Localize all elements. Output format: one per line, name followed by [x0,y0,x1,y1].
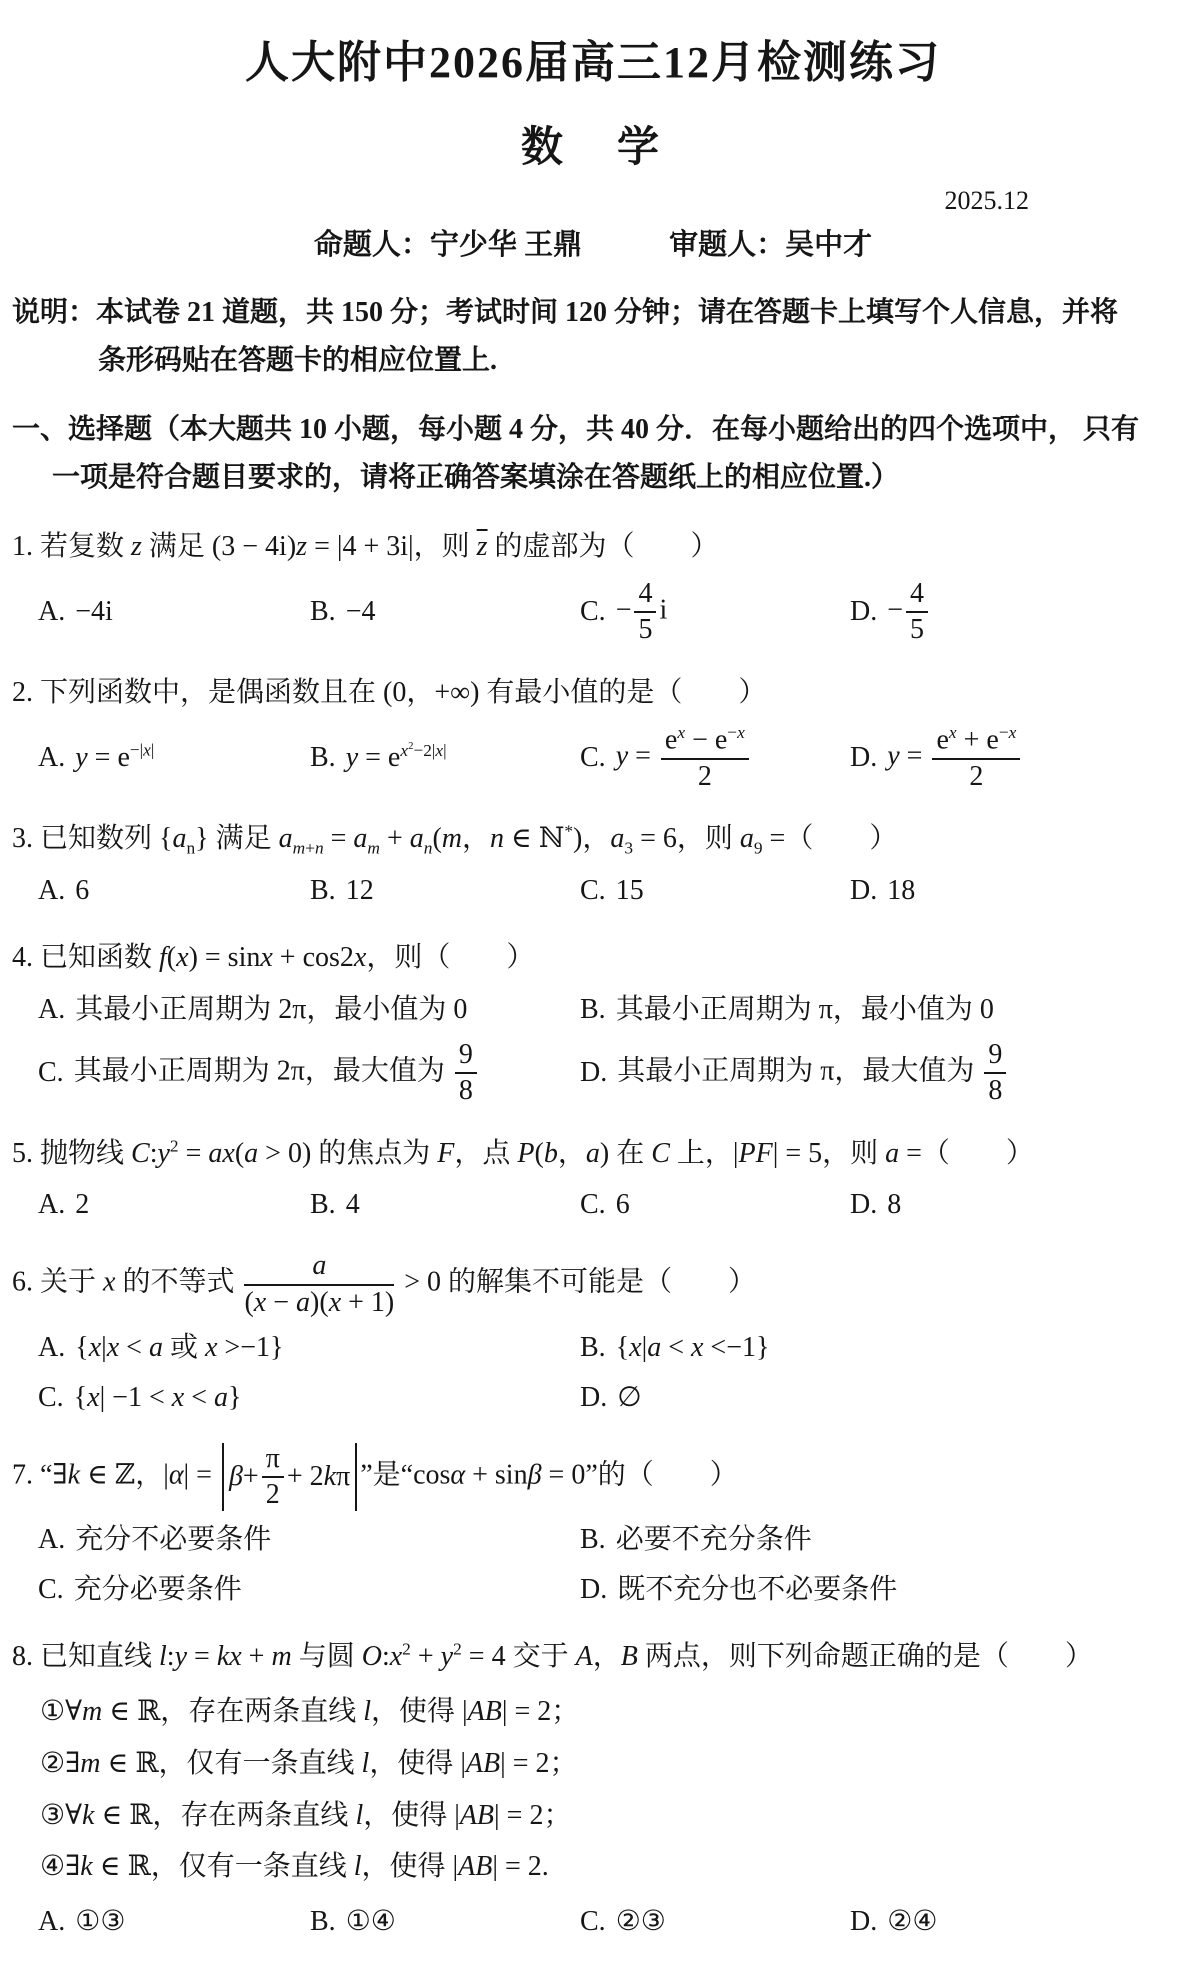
question-6-option-b: B. {x|a < x <−1} [580,1327,1174,1369]
question-5-option-b: B. 4 [310,1184,580,1226]
question-1-option-c: C. −45i [580,578,850,646]
question-1-stem: 1. 若复数 z 满足 (3 − 4i)z = |4 + 3i|，则 z 的虚部… [12,525,1174,570]
question-8-option-b: B. ①④ [310,1901,580,1943]
question-2: 2. 下列函数中，是偶函数且在 (0，+∞) 有最小值的是（ ） A. y = … [12,671,1174,794]
option-label: C. [580,591,606,633]
option-label: A. [38,870,65,912]
option-value: 8 [887,1184,901,1226]
option-value: −45i [616,578,668,646]
option-label: D. [850,870,877,912]
question-4: 4. 已知函数 f(x) = sinx + cos2x，则（ ） A. 其最小正… [12,936,1174,1107]
question-7: 7. “∃k ∈ ℤ，|α| = β + π2 + 2kπ”是“cosα + s… [12,1443,1174,1611]
option-value: ②④ [887,1901,937,1943]
option-label: C. [38,1569,64,1611]
option-label: D. [850,737,877,779]
option-value: 4 [346,1184,360,1226]
question-8-propositions: ①∀m ∈ ℝ，存在两条直线 l，使得 |AB| = 2； ②∃m ∈ ℝ，仅有… [40,1686,1174,1893]
exam-title: 人大附中2026届高三12月检测练习 [12,26,1174,90]
question-2-option-a: A. y = e−|x| [38,737,310,779]
question-1-option-b: B. −4 [310,591,580,633]
option-value: 6 [75,870,89,912]
exam-subject: 数 学 [12,114,1174,174]
option-value: ①④ [346,1901,396,1943]
question-4-option-d: D. 其最小正周期为 π，最大值为 98 [580,1039,1174,1107]
question-4-option-b: B. 其最小正周期为 π，最小值为 0 [580,989,1174,1031]
option-label: A. [38,1327,65,1369]
question-7-stem: 7. “∃k ∈ ℤ，|α| = β + π2 + 2kπ”是“cosα + s… [12,1443,1174,1511]
option-value: 既不充分也不必要条件 [617,1569,897,1611]
question-6-option-a: A. {x|x < a 或 x >−1} [38,1327,580,1369]
option-label: C. [38,1377,64,1419]
question-2-option-b: B. y = ex2−2|x| [310,737,580,779]
option-value: {x| −1 < x < a} [74,1377,242,1419]
option-label: C. [580,1184,606,1226]
option-value: y = ex − e−x2 [616,723,752,793]
option-value: {x|a < x <−1} [616,1327,770,1369]
option-value: 其最小正周期为 2π，最小值为 0 [75,989,467,1031]
option-label: A. [38,737,65,779]
question-5-option-c: C. 6 [580,1184,850,1226]
option-label: B. [310,737,336,779]
option-label: A. [38,1519,65,1561]
question-3-option-d: D. 18 [850,870,1174,912]
question-3: 3. 已知数列 {an} 满足 am+n = am + an(m，n ∈ ℕ*)… [12,817,1174,912]
option-value: −4i [75,591,113,633]
question-2-options: A. y = e−|x| B. y = ex2−2|x| C. y = ex −… [38,723,1174,793]
question-2-option-d: D. y = ex + e−x2 [850,723,1174,793]
option-label: C. [580,870,606,912]
question-6-stem: 6. 关于 x 的不等式 a(x − a)(x + 1) > 0 的解集不可能是… [12,1250,1174,1318]
question-4-options: A. 其最小正周期为 2π，最小值为 0 B. 其最小正周期为 π，最小值为 0… [38,989,1174,1107]
question-7-options: A. 充分不必要条件 B. 必要不充分条件 C. 充分必要条件 D. 既不充分也… [38,1519,1174,1611]
exam-date: 2025.12 [12,186,1174,216]
question-7-option-c: C. 充分必要条件 [38,1569,580,1611]
option-label: B. [310,1901,336,1943]
option-label: A. [38,1901,65,1943]
proposition-1: ①∀m ∈ ℝ，存在两条直线 l，使得 |AB| = 2； [40,1686,1174,1738]
option-value: 必要不充分条件 [616,1519,812,1561]
option-value: 其最小正周期为 π，最小值为 0 [616,989,994,1031]
proposition-4: ④∃k ∈ ℝ，仅有一条直线 l，使得 |AB| = 2. [40,1841,1174,1893]
question-7-option-b: B. 必要不充分条件 [580,1519,1174,1561]
option-label: B. [310,870,336,912]
option-label: D. [850,1184,877,1226]
question-8-options: A. ①③ B. ①④ C. ②③ D. ②④ [38,1901,1174,1943]
question-2-option-c: C. y = ex − e−x2 [580,723,850,793]
question-3-option-c: C. 15 [580,870,850,912]
question-6: 6. 关于 x 的不等式 a(x − a)(x + 1) > 0 的解集不可能是… [12,1250,1174,1418]
option-value: 充分必要条件 [74,1569,242,1611]
proposition-3: ③∀k ∈ ℝ，存在两条直线 l，使得 |AB| = 2； [40,1790,1174,1842]
option-label: D. [850,1901,877,1943]
section-header-line-2: 一项是符合题目要求的，请将正确答案填涂在答题纸上的相应位置.） [52,454,1174,502]
question-8-option-a: A. ①③ [38,1901,310,1943]
question-5-stem: 5. 抛物线 C:y2 = ax(a > 0) 的焦点为 F，点 P(b，a) … [12,1132,1174,1177]
question-8-option-d: D. ②④ [850,1901,1174,1943]
option-label: D. [850,591,877,633]
exam-page: 人大附中2026届高三12月检测练习 数 学 2025.12 命题人：宁少华 王… [0,0,1190,1983]
option-label: A. [38,591,65,633]
question-5: 5. 抛物线 C:y2 = ax(a > 0) 的焦点为 F，点 P(b，a) … [12,1132,1174,1227]
question-5-options: A. 2 B. 4 C. 6 D. 8 [38,1184,1174,1226]
option-value: 2 [75,1184,89,1226]
question-7-option-d: D. 既不充分也不必要条件 [580,1569,1174,1611]
option-value: 12 [346,870,374,912]
option-label: C. [38,1052,64,1094]
option-label: D. [580,1377,607,1419]
option-value: 15 [616,870,644,912]
section-header-line-1: 一、选择题（本大题共 10 小题，每小题 4 分，共 40 分．在每小题给出的四… [12,406,1174,454]
option-value: ∅ [617,1377,641,1419]
exam-authors: 命题人：宁少华 王鼎 审题人：吴中才 [12,222,1174,263]
option-label: C. [580,737,606,779]
notice-line-2: 条形码贴在答题卡的相应位置上. [98,337,1174,385]
option-value: y = ex2−2|x| [346,737,447,779]
option-value: ①③ [75,1901,125,1943]
question-3-stem: 3. 已知数列 {an} 满足 am+n = am + an(m，n ∈ ℕ*)… [12,817,1174,862]
option-label: C. [580,1901,606,1943]
option-label: A. [38,989,65,1031]
option-value: 6 [616,1184,630,1226]
question-4-stem: 4. 已知函数 f(x) = sinx + cos2x，则（ ） [12,936,1174,981]
proposition-2: ②∃m ∈ ℝ，仅有一条直线 l，使得 |AB| = 2； [40,1738,1174,1790]
question-2-stem: 2. 下列函数中，是偶函数且在 (0，+∞) 有最小值的是（ ） [12,671,1174,716]
question-5-option-d: D. 8 [850,1184,1174,1226]
exam-notice: 说明：本试卷 21 道题，共 150 分；考试时间 120 分钟；请在答题卡上填… [12,289,1174,384]
option-value: −4 [346,591,376,633]
question-8-option-c: C. ②③ [580,1901,850,1943]
option-value: ②③ [616,1901,666,1943]
option-value: 其最小正周期为 2π，最大值为 98 [74,1039,480,1107]
question-5-option-a: A. 2 [38,1184,310,1226]
option-label: A. [38,1184,65,1226]
question-1-option-d: D. −45 [850,578,1174,646]
question-8-stem: 8. 已知直线 l:y = kx + m 与圆 O:x2 + y2 = 4 交于… [12,1635,1174,1680]
option-label: B. [580,989,606,1031]
option-label: B. [580,1327,606,1369]
question-3-option-b: B. 12 [310,870,580,912]
question-8: 8. 已知直线 l:y = kx + m 与圆 O:x2 + y2 = 4 交于… [12,1635,1174,1943]
option-value: 充分不必要条件 [75,1519,271,1561]
question-1-option-a: A. −4i [38,591,310,633]
question-6-option-c: C. {x| −1 < x < a} [38,1377,580,1419]
question-3-options: A. 6 B. 12 C. 15 D. 18 [38,870,1174,912]
option-label: B. [580,1519,606,1561]
question-1: 1. 若复数 z 满足 (3 − 4i)z = |4 + 3i|，则 z 的虚部… [12,525,1174,646]
question-4-option-a: A. 其最小正周期为 2π，最小值为 0 [38,989,580,1031]
question-7-option-a: A. 充分不必要条件 [38,1519,580,1561]
question-6-options: A. {x|x < a 或 x >−1} B. {x|a < x <−1} C.… [38,1327,1174,1419]
notice-line-1: 说明：本试卷 21 道题，共 150 分；考试时间 120 分钟；请在答题卡上填… [12,289,1174,337]
option-value: −45 [887,578,931,646]
section-choice-header: 一、选择题（本大题共 10 小题，每小题 4 分，共 40 分．在每小题给出的四… [12,406,1174,501]
question-6-option-d: D. ∅ [580,1377,1174,1419]
question-1-options: A. −4i B. −4 C. −45i D. −45 [38,578,1174,646]
option-value: {x|x < a 或 x >−1} [75,1327,283,1369]
option-label: B. [310,591,336,633]
option-value: 18 [887,870,915,912]
question-3-option-a: A. 6 [38,870,310,912]
option-label: D. [580,1569,607,1611]
option-value: y = ex + e−x2 [887,723,1023,793]
option-label: B. [310,1184,336,1226]
option-value: 其最小正周期为 π，最大值为 98 [617,1039,1009,1107]
option-value: y = e−|x| [75,737,154,779]
option-label: D. [580,1052,607,1094]
question-4-option-c: C. 其最小正周期为 2π，最大值为 98 [38,1039,580,1107]
